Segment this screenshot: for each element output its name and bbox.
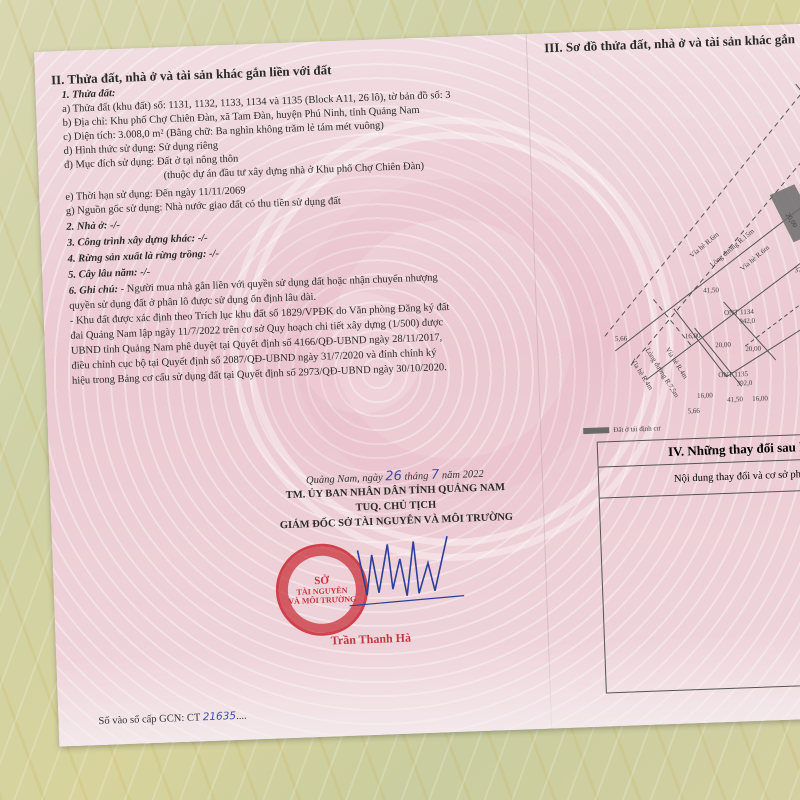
svg-text:5,66: 5,66 xyxy=(687,407,700,415)
perennial-item: 5. Cây lâu năm: -/- xyxy=(68,266,150,283)
changes-table: IV. Những thay đổi sau khi cấp Nội dung … xyxy=(597,432,800,693)
forest-item: 4. Rừng sản xuất là rừng trồng: -/- xyxy=(67,247,219,267)
house-item: 2. Nhà ở: -/- xyxy=(66,219,120,235)
svg-text:5,66: 5,66 xyxy=(615,334,628,342)
legend-swatch xyxy=(583,427,609,434)
parcel-diagram: Vỉa hè R.6m Lòng đường R.15m Vỉa hè R.6m… xyxy=(564,43,800,433)
svg-text:20,00: 20,00 xyxy=(745,345,762,354)
land-certificate-page: II. Thửa đất, nhà ở và tài sản khác gắn … xyxy=(34,23,800,746)
issue-month: 7 xyxy=(431,467,440,482)
resettlement-parcel xyxy=(769,183,800,243)
svg-text:16,00: 16,00 xyxy=(685,332,702,341)
svg-text:392,0: 392,0 xyxy=(736,379,753,388)
svg-text:Vỉa hè R.6m: Vỉa hè R.6m xyxy=(739,243,772,272)
handwritten-signature xyxy=(347,531,470,615)
section-2-title: II. Thửa đất, nhà ở và tài sản khác gắn … xyxy=(51,63,332,87)
signer-name: Trần Thanh Hà xyxy=(331,631,412,649)
svg-text:37,00: 37,00 xyxy=(794,266,800,275)
svg-text:41,50: 41,50 xyxy=(703,286,720,295)
svg-text:20,00: 20,00 xyxy=(715,341,732,350)
svg-text:ONT 1135: ONT 1135 xyxy=(718,370,749,379)
svg-text:ONT 1134: ONT 1134 xyxy=(724,308,755,317)
svg-text:41,50: 41,50 xyxy=(727,395,744,404)
registry-number: Số vào sổ cấp GCN: CT 21635.... xyxy=(98,710,246,727)
notes-heading: 6. Ghi chú: xyxy=(69,284,119,297)
registry-handwritten-number: 21635 xyxy=(203,710,237,723)
svg-text:16,00: 16,00 xyxy=(697,391,714,400)
issue-day: 26 xyxy=(385,469,402,485)
signature-block: Quảng Nam, ngày 26 tháng 7 năm 2022 TM. … xyxy=(250,464,542,535)
svg-text:942,0: 942,0 xyxy=(739,317,756,326)
svg-text:16,00: 16,00 xyxy=(752,394,769,403)
